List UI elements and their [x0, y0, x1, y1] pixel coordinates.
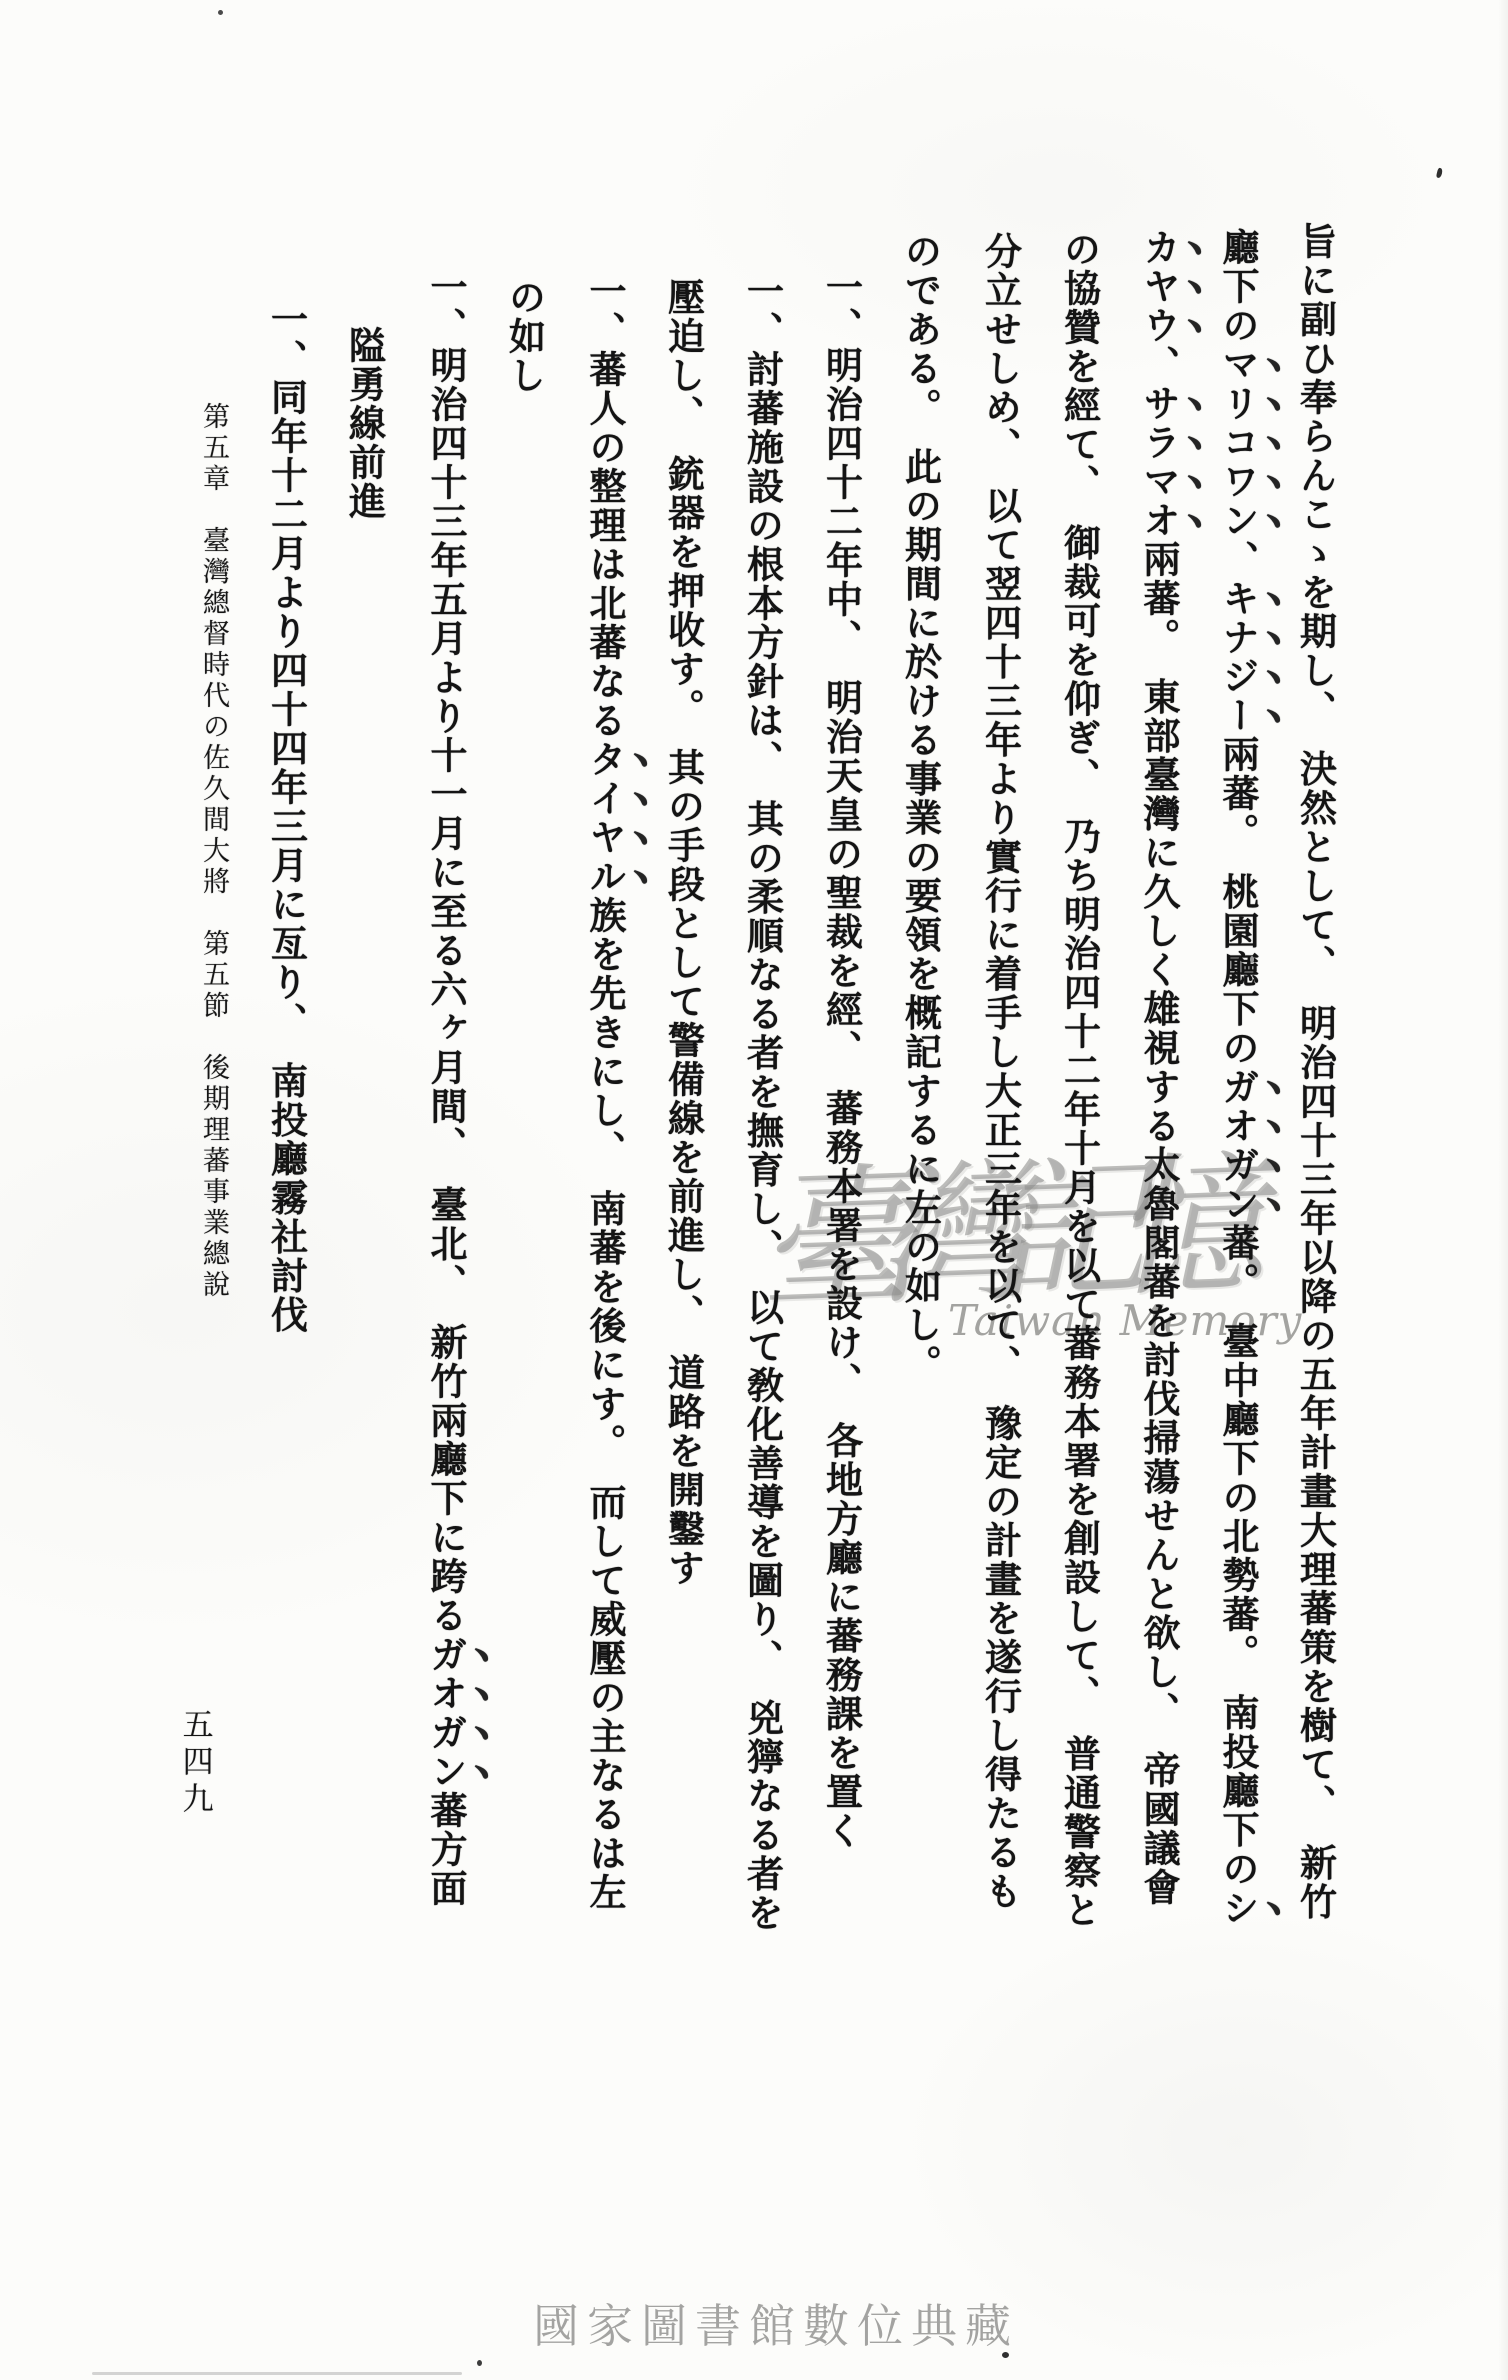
text-column-03: カヤウ、サラマオ兩蕃。 東部臺灣に久しく雄視する太魯閣蕃を討伐掃蕩せんと欲し、 … — [1137, 228, 1208, 1907]
text-column-01: 旨に副ひ奉らんこゝを期し、 決然として、 明治四十三年以降の五年計畫大理蕃策を樹… — [1294, 222, 1337, 1922]
page-number: 五四九 — [176, 1708, 212, 1819]
text-column-08: 一、討蕃施設の根本方針は、 其の柔順なる者を撫育し、 以て敎化善導を圖り、 兇獰… — [741, 272, 784, 1933]
national-library-watermark: 國家圖書館數位典藏 — [533, 2290, 1019, 2356]
scan-speck — [218, 10, 223, 15]
chapter-section-header: 第五章 臺灣總督時代の佐久間大將 第五節 後期理蕃事業總說 — [198, 402, 229, 1301]
scan-speck — [1436, 168, 1443, 179]
scan-speck — [1250, 956, 1254, 963]
text-column-04: の協贊を經て、 御裁可を仰ぎ、 乃ち明治四十二年十月を以て蕃務本署を創設して、 … — [1058, 230, 1101, 1930]
text-column-14: 一、同年十二月より四十四年三月に亙り、 南投廳霧社討伐 — [265, 300, 308, 1335]
scanned-book-page: 臺灣記憶 Taiwan Memory 旨に副ひ奉らんこゝを期し、 決然として、 … — [0, 0, 1508, 2380]
text-column-11: の如し — [503, 278, 546, 395]
scan-speck — [477, 2360, 482, 2366]
text-column-05: 分立せしめ、 以て翌四十三年より實行に着手し大正三年を以て、 豫定の計畫を遂行し… — [979, 232, 1022, 1911]
text-column-10: 一、蕃人の整理は北蕃なるタイヤル族を先きにし、 南蕃を後にす。 而して威壓の主な… — [583, 272, 654, 1912]
text-column-02: 廳下のマリコワン、キナジー兩蕃。 桃園廳下のガオガン蕃。 臺中廳下の北勢蕃。 南… — [1216, 228, 1287, 1928]
scan-edge-mark — [92, 2372, 462, 2375]
text-column-09: 壓迫し、 銃器を押收す。 其の手段として警備線を前進し、 道路を開鑿す — [662, 278, 705, 1588]
text-column-07: 一、明治四十二年中、 明治天皇の聖裁を經、 蕃務本署を設け、 各地方廳に蕃務課を… — [820, 268, 863, 1851]
text-column-12: 一、明治四十三年五月より十一月に至る六ヶ月間、 臺北、 新竹兩廳下に跨るガオガン… — [424, 268, 495, 1908]
scan-speck — [1002, 2352, 1009, 2358]
text-column-13: 隘勇線前進 — [343, 326, 386, 521]
text-column-06: のである。 此の期間に於ける事業の要領を概記するに左の如し。 — [899, 232, 942, 1384]
